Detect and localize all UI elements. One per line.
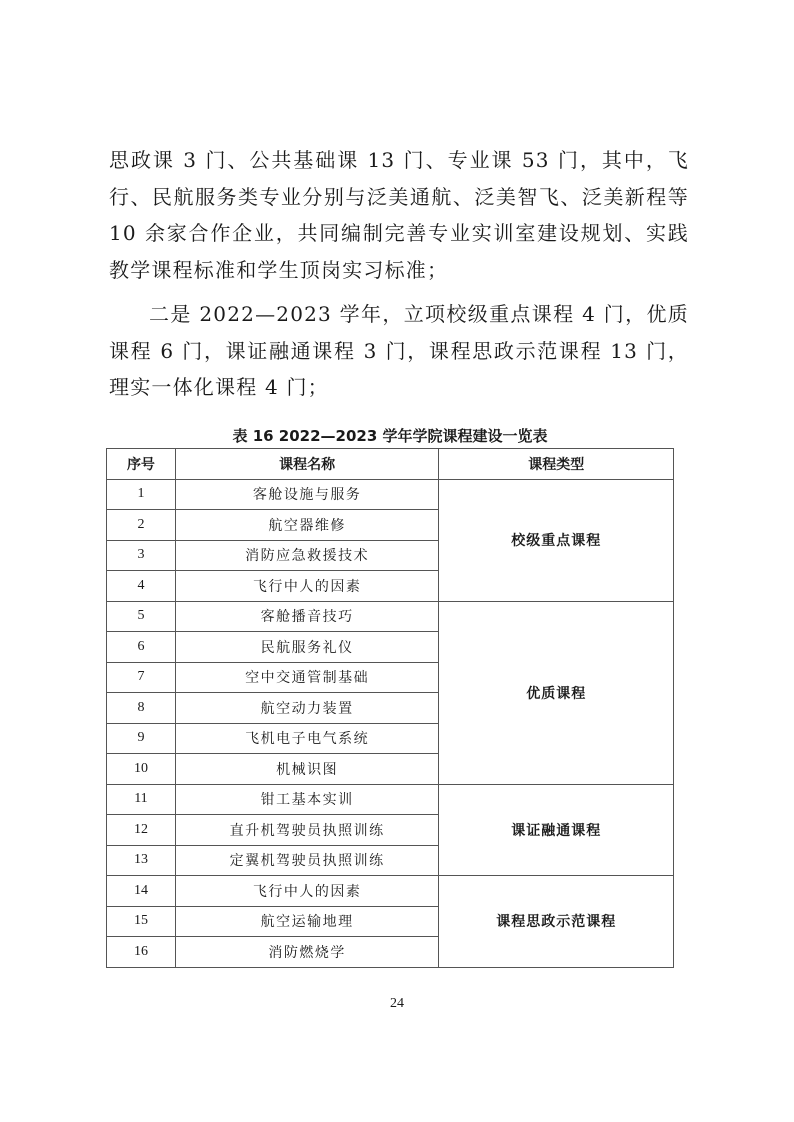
course-name: 航空运输地理: [175, 906, 439, 937]
course-name: 消防应急救援技术: [175, 540, 439, 571]
row-number: 16: [107, 937, 176, 968]
table-row: 14飞行中人的因素课程思政示范课程: [107, 876, 674, 907]
course-name: 直升机驾驶员执照训练: [175, 815, 439, 846]
course-name: 定翼机驾驶员执照训练: [175, 845, 439, 876]
header-type: 课程类型: [439, 449, 674, 480]
table-row: 11钳工基本实训课证融通课程: [107, 784, 674, 815]
row-number: 9: [107, 723, 176, 754]
row-number: 1: [107, 479, 176, 510]
course-name: 机械识图: [175, 754, 439, 785]
row-number: 10: [107, 754, 176, 785]
row-number: 6: [107, 632, 176, 663]
course-type: 优质课程: [439, 601, 674, 784]
course-type: 校级重点课程: [439, 479, 674, 601]
course-name: 钳工基本实训: [175, 784, 439, 815]
header-no: 序号: [107, 449, 176, 480]
course-name: 消防燃烧学: [175, 937, 439, 968]
paragraph-2: 二是 2022—2023 学年，立项校级重点课程 4 门，优质课程 6 门，课证…: [109, 296, 689, 406]
row-number: 13: [107, 845, 176, 876]
course-name: 客舱播音技巧: [175, 601, 439, 632]
row-number: 5: [107, 601, 176, 632]
row-number: 4: [107, 571, 176, 602]
row-number: 3: [107, 540, 176, 571]
course-type: 课程思政示范课程: [439, 876, 674, 968]
table-row: 5客舱播音技巧优质课程: [107, 601, 674, 632]
course-name: 航空器维修: [175, 510, 439, 541]
row-number: 12: [107, 815, 176, 846]
course-name: 客舱设施与服务: [175, 479, 439, 510]
course-name: 空中交通管制基础: [175, 662, 439, 693]
table-row: 1客舱设施与服务校级重点课程: [107, 479, 674, 510]
row-number: 2: [107, 510, 176, 541]
course-type: 课证融通课程: [439, 784, 674, 876]
row-number: 15: [107, 906, 176, 937]
row-number: 11: [107, 784, 176, 815]
course-name: 飞机电子电气系统: [175, 723, 439, 754]
row-number: 7: [107, 662, 176, 693]
course-name: 民航服务礼仪: [175, 632, 439, 663]
course-name: 飞行中人的因素: [175, 571, 439, 602]
course-table: 序号 课程名称 课程类型 1客舱设施与服务校级重点课程2航空器维修3消防应急救援…: [106, 448, 674, 968]
paragraph-1: 思政课 3 门、公共基础课 13 门、专业课 53 门，其中，飞行、民航服务类专…: [109, 142, 689, 288]
course-name: 飞行中人的因素: [175, 876, 439, 907]
row-number: 14: [107, 876, 176, 907]
row-number: 8: [107, 693, 176, 724]
header-name: 课程名称: [175, 449, 439, 480]
page-number: 24: [0, 996, 794, 1012]
table-caption: 表 16 2022—2023 学年学院课程建设一览表: [106, 425, 674, 446]
course-name: 航空动力装置: [175, 693, 439, 724]
table-header-row: 序号 课程名称 课程类型: [107, 449, 674, 480]
